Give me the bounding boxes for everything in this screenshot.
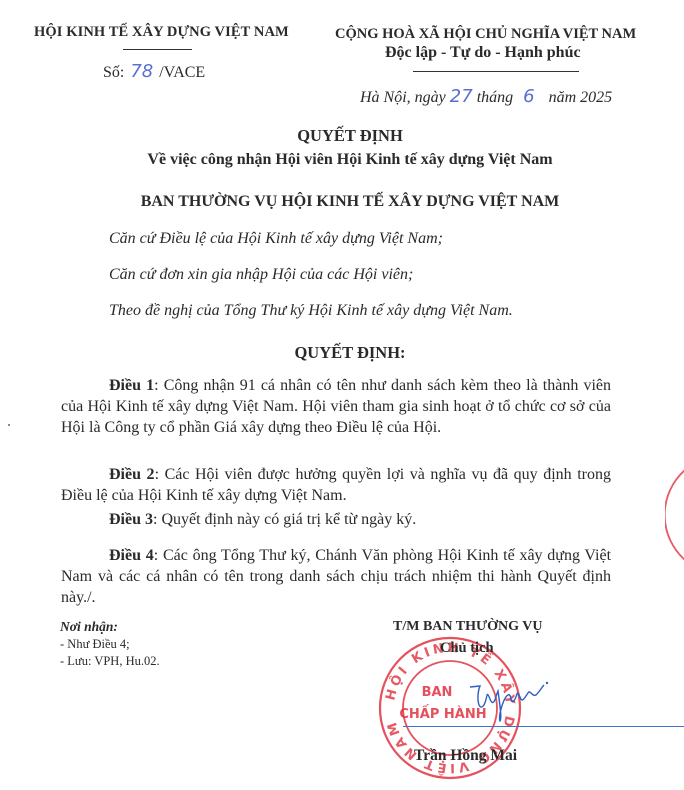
motto-underline bbox=[413, 71, 579, 72]
recipient-item: - Như Điều 4; bbox=[60, 637, 130, 652]
legal-basis-item: Theo đề nghị của Tổng Thư ký Hội Kinh tế… bbox=[109, 302, 513, 320]
scan-artifact bbox=[8, 424, 10, 426]
signatory-name: Trần Hồng Mai bbox=[414, 747, 517, 765]
place-prefix: Hà Nội, ngày bbox=[360, 89, 446, 106]
handwritten-day: 27 bbox=[450, 86, 473, 107]
document-subtitle: Về việc công nhận Hội viên Hội Kinh tế x… bbox=[8, 151, 684, 169]
organization-underline bbox=[123, 49, 192, 50]
national-title: CỘNG HOÀ XÃ HỘI CHỦ NGHĨA VIỆT NAM bbox=[335, 26, 636, 43]
article-label: Điều 2 bbox=[109, 466, 155, 483]
stamp-center-line-1: BAN bbox=[422, 685, 453, 700]
legal-basis-item: Căn cứ đơn xin gia nhập Hội của các Hội … bbox=[109, 266, 413, 284]
document-title: QUYẾT ĐỊNH bbox=[8, 126, 684, 146]
year-text: năm 2025 bbox=[549, 89, 613, 106]
place-date-line: Hà Nội, ngày27tháng6năm 2025 bbox=[360, 86, 612, 107]
organization-name: HỘI KINH TẾ XÂY DỰNG VIỆT NAM bbox=[34, 24, 289, 41]
national-motto: Độc lập - Tự do - Hạnh phúc bbox=[385, 44, 581, 62]
article-text: : Quyết định này có giá trị kể từ ngày k… bbox=[153, 511, 416, 528]
recipient-item: - Lưu: VPH, Hu.02. bbox=[60, 654, 160, 669]
legal-basis-item: Căn cứ Điều lệ của Hội Kinh tế xây dựng … bbox=[109, 230, 443, 248]
signatory-title: Chủ tịch bbox=[440, 640, 494, 657]
article-label: Điều 3 bbox=[109, 511, 153, 528]
signature-line bbox=[403, 726, 684, 727]
recipients-title: Nơi nhận: bbox=[60, 619, 118, 635]
document-number: Số:78/VACE bbox=[103, 61, 205, 82]
article-label: Điều 4 bbox=[109, 547, 154, 564]
article-2: Điều 2: Các Hội viên được hưởng quyền lợ… bbox=[61, 464, 611, 506]
number-suffix: /VACE bbox=[159, 64, 205, 81]
article-3: Điều 3: Quyết định này có giá trị kể từ … bbox=[61, 509, 611, 530]
article-4: Điều 4: Các ông Tổng Thư ký, Chánh Văn p… bbox=[61, 545, 611, 608]
handwritten-month: 6 bbox=[523, 86, 534, 107]
partial-stamp-icon bbox=[665, 465, 684, 565]
signature-icon bbox=[470, 675, 550, 725]
issuing-body: BAN THƯỜNG VỤ HỘI KINH TẾ XÂY DỰNG VIỆT … bbox=[8, 193, 684, 211]
number-prefix: Số: bbox=[103, 64, 124, 81]
article-1: Điều 1: Công nhận 91 cá nhân có tên như … bbox=[61, 375, 611, 438]
handwritten-number: 78 bbox=[130, 61, 153, 82]
article-label: Điều 1 bbox=[109, 377, 154, 394]
signatory-role: T/M BAN THƯỜNG VỤ bbox=[393, 619, 542, 635]
month-label: tháng bbox=[477, 89, 513, 106]
decision-heading: QUYẾT ĐỊNH: bbox=[8, 343, 684, 363]
